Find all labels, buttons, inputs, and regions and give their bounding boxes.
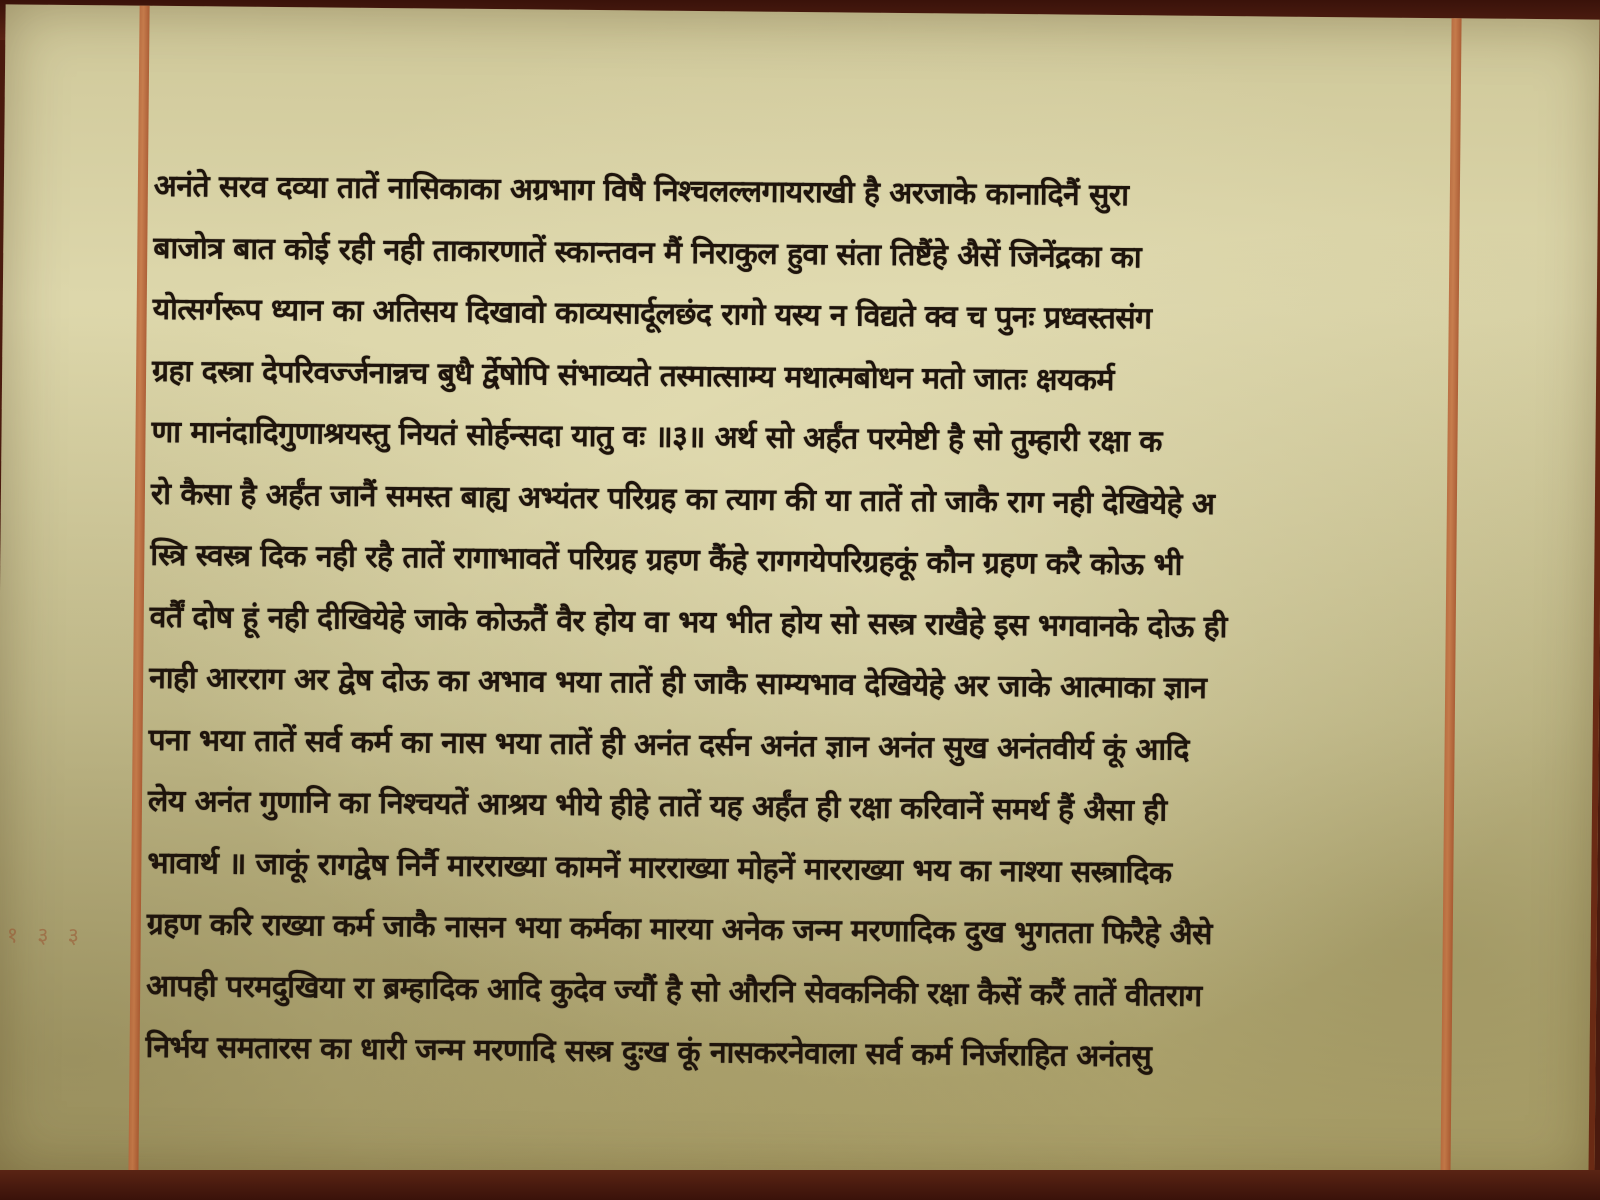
line-segment: वर्तैं दोष हूं नही दीखियेहे जाके कोऊतैं … xyxy=(150,599,985,642)
line-segment: योत्सर्गरूप ध्यान का अतिसय दिखावो xyxy=(153,292,546,331)
line-segment: ग्रहण करि राख्या कर्म जाकै नासन भया कर्म… xyxy=(147,907,1212,952)
line-segment: रागो यस्य न विद्यते क्व च पुनः प्रध्वस्त… xyxy=(721,297,1152,336)
line-segment: रो कैसा है अर्हंत जानैं समस्त बाह्य अभ्य… xyxy=(151,476,1215,521)
text-block: अनंते सरव दव्या तातें नासिकाका अग्रभाग व… xyxy=(145,156,1454,1091)
line-segment: पना भया तातें सर्व कर्म का नास भया तातें… xyxy=(148,722,1189,767)
line-segment: आपही परमदुखिया रा ब्रम्हादिक आदि कुदेव ज… xyxy=(146,968,1202,1013)
line-segment: तस्मात्साम्य मथात्मबोधन मतो जातः क्षयकर्… xyxy=(660,358,1115,397)
line-segment: इस भगवानके दोऊ ही xyxy=(994,607,1227,644)
manuscript-line-15: निर्भय समतारस का धारी जन्म मरणादि सस्त्र… xyxy=(145,1017,1446,1091)
line-segment: अनंते सरव दव्या तातें नासिकाका अग्रभाग व… xyxy=(154,169,880,211)
line-segment: कामनें मारराख्या मोहनें मारराख्या xyxy=(555,849,902,887)
line-segment: ग्रहा दस्त्रा देपरिवर्ज्जनान्नच बुधै र्द… xyxy=(152,353,650,393)
line-segment: तातें रागाभावतें परिग्रह ग्रहण कैंहे राग… xyxy=(402,540,1182,582)
line-segment: स्त्रि स्वस्त्र दिक नही रहै xyxy=(150,538,392,575)
line-segment: अर जाके आत्माका ज्ञान xyxy=(954,668,1207,705)
line-segment: बाजोत्र बात कोई रही नही ताकारणातें स्कान… xyxy=(153,230,947,273)
line-segment: भय का नाश्या सस्त्रादिक xyxy=(912,853,1171,890)
line-segment: णा मानंदादिगुणाश्रयस्तु नियतं सोर्हन्सदा… xyxy=(151,415,1162,460)
manuscript-folio: १ ३ ३ अनंते सरव दव्या तातें नासिकाका अग्… xyxy=(0,4,1600,1187)
folio-edge xyxy=(1588,20,1600,1188)
margin-note: १ ३ ३ xyxy=(7,919,86,950)
line-segment: काव्यसार्दूलछंद xyxy=(555,296,712,332)
line-segment: अरजाके कानादिनैं सुरा xyxy=(889,176,1128,213)
line-segment: लेय अनंत गुणानि का निश्चयतें आश्रय भीये … xyxy=(148,784,1167,829)
line-segment: अैसें जिनेंद्रका का xyxy=(957,238,1141,275)
dark-backdrop-bottom xyxy=(0,1170,1600,1200)
line-segment: नाही आरराग अर द्वेष दोऊ का अभाव भया ताते… xyxy=(149,661,944,704)
line-segment: निर्भय समतारस का धारी जन्म मरणादि सस्त्र… xyxy=(145,1030,1151,1075)
line-segment: भावार्थ ॥ जाकूं रागद्वेष निर्नै मारराख्य… xyxy=(147,845,545,884)
